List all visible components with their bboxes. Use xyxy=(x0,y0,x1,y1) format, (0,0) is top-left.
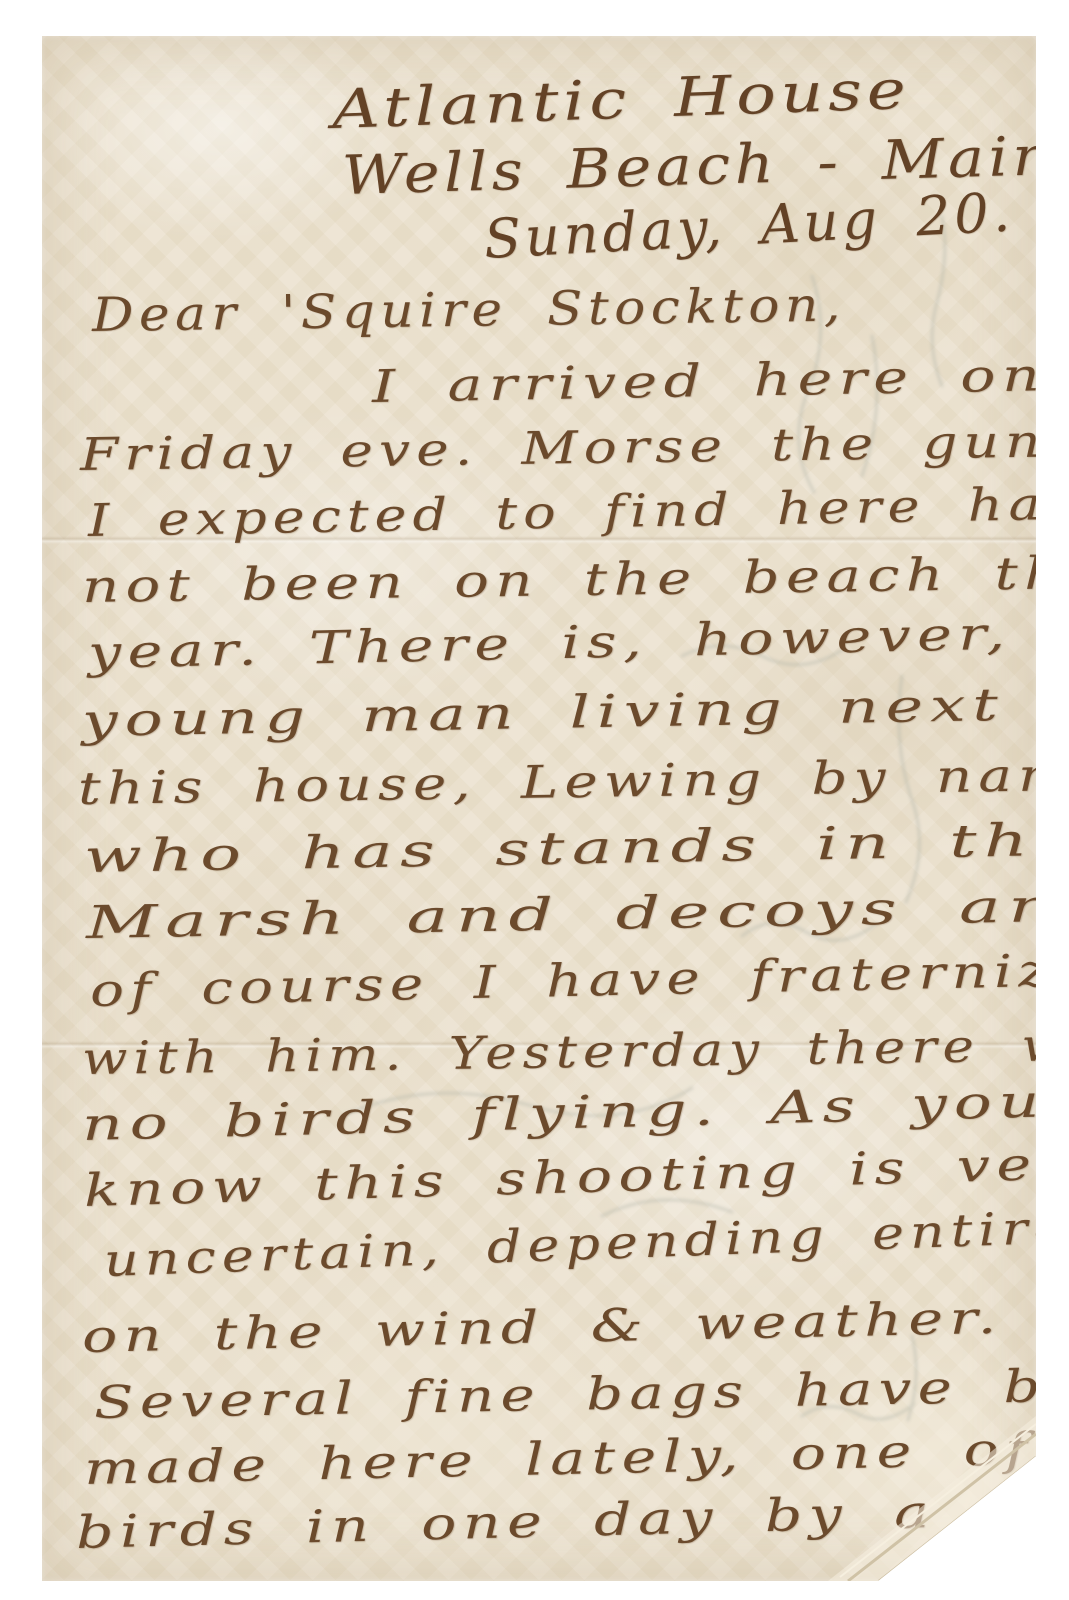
body-line-17: made here lately, one of 94 xyxy=(83,1419,1069,1495)
salutation: Dear 'Squire Stockton, xyxy=(92,277,846,343)
body-line-10: of course I have fraternized xyxy=(89,942,1069,1017)
body-line-1: I arrived here on xyxy=(372,348,1047,413)
body-line-7: this house, Lewing by name, xyxy=(78,747,1069,815)
body-line-8: who has stands in the xyxy=(84,813,1069,883)
body-line-6: young man living next to xyxy=(82,676,1069,747)
body-line-12: no birds flying. As you xyxy=(81,1074,1047,1151)
letter-paper: Atlantic House Wells Beach - Maine Sunda… xyxy=(42,36,1036,1581)
body-line-4: not been on the beach this xyxy=(82,545,1069,613)
body-line-11: with him. Yesterday there were xyxy=(82,1017,1069,1085)
body-line-15: on the wind & weather. xyxy=(81,1291,1003,1363)
letter-scan: Atlantic House Wells Beach - Maine Sunda… xyxy=(0,0,1069,1600)
body-line-5: year. There is, however, a xyxy=(87,605,1069,679)
body-line-2: Friday eve. Morse the gunner xyxy=(80,413,1069,481)
letterhead-hotel-name: Atlantic House xyxy=(331,58,912,141)
body-line-16: Several fine bags have been xyxy=(94,1357,1069,1429)
body-line-18: birds in one day by a man xyxy=(75,1480,1069,1559)
body-line-9: Marsh and decoys and xyxy=(86,878,1069,949)
